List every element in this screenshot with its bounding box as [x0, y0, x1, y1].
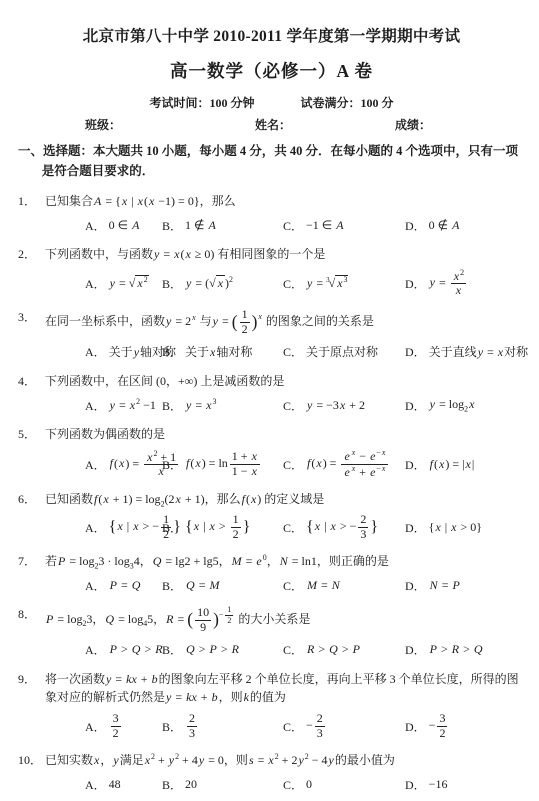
option-A: A．y = x2 −1	[85, 397, 162, 414]
option-D: D．{x | x > 0}	[405, 519, 525, 536]
option-D: D．y = x2x	[405, 269, 525, 299]
question-number: 3．	[18, 308, 45, 337]
option-B: B．f(x) = ln1 + x1 − x	[162, 450, 283, 479]
question-options: A．{x | x > −12}B．{x | x > 12}C．{x | x > …	[85, 513, 525, 542]
option-content: 0 ∉ A	[429, 218, 461, 233]
option-content: {x | x > −23}	[306, 513, 378, 542]
option-label: B．	[162, 397, 182, 414]
question-options: A．32B．23C．−23D．−32	[85, 712, 525, 741]
question-number: 6．	[18, 490, 45, 509]
option-label: B．	[162, 456, 182, 473]
option-content: 0 ∈ A	[109, 218, 141, 233]
option-D: D．P > R > Q	[405, 641, 525, 658]
option-B: B．20	[162, 776, 283, 793]
option-content: 关于x轴对称	[185, 343, 252, 360]
question: 5． 下列函数为偶函数的是 A．f(x) = x2 + 1xB．f(x) = l…	[18, 425, 525, 479]
option-C: C．0	[283, 776, 405, 793]
option-label: A．	[85, 275, 106, 292]
option-B: B．Q = M	[162, 577, 283, 594]
option-C: C．y = 3√x3	[283, 275, 405, 292]
option-content: f(x) = |x|	[429, 457, 475, 472]
option-content: f(x) = ln1 + x1 − x	[185, 450, 262, 479]
option-label: A．	[85, 519, 106, 536]
option-label: C．	[283, 718, 303, 735]
question-number: 1．	[18, 192, 45, 211]
question-stem: 已知集合A = {x | x(x −1) = 0}，那么	[45, 192, 525, 211]
option-content: y = −3x + 2	[306, 398, 365, 413]
option-label: C．	[283, 456, 303, 473]
option-label: D．	[405, 456, 426, 473]
option-content: −23	[306, 712, 327, 741]
option-label: B．	[162, 343, 182, 360]
question: 6． 已知函数f(x + 1) = log2(2x + 1)，那么f(x) 的定…	[18, 490, 525, 542]
option-label: A．	[85, 577, 106, 594]
option-C: C．−1 ∈ A	[283, 217, 405, 234]
option-content: R > Q > P	[306, 642, 361, 657]
option-label: D．	[405, 577, 426, 594]
question-options: A．关于y轴对称B．关于x轴对称C．关于原点对称D．关于直线y = x对称	[85, 342, 525, 362]
option-content: M = N	[306, 578, 341, 593]
option-content: f(x) = ex − e−xex + e−x	[306, 449, 390, 480]
option-label: B．	[162, 718, 182, 735]
option-label: C．	[283, 343, 303, 360]
option-content: −16	[429, 777, 448, 792]
option-B: B．y = (√x)2	[162, 275, 283, 292]
option-A: A．P = Q	[85, 577, 162, 594]
option-label: A．	[85, 217, 106, 234]
option-content: 48	[109, 777, 121, 792]
option-D: D．y = log2x	[405, 397, 525, 414]
option-content: N = P	[429, 578, 461, 593]
option-C: C．y = −3x + 2	[283, 397, 405, 414]
question-number: 5．	[18, 425, 45, 444]
question: 1． 已知集合A = {x | x(x −1) = 0}，那么 A．0 ∈ AB…	[18, 192, 525, 236]
question: 10． 已知实数x，y满足x2 + y2 + 4y = 0，则s = x2 + …	[18, 751, 525, 795]
question: 3． 在同一坐标系中，函数y = 2x 与y = (12)x 的图象之间的关系是…	[18, 308, 525, 362]
question-number: 4．	[18, 372, 45, 391]
question: 8． P = log23，Q = log45，R = (109)−12 的大小关…	[18, 605, 525, 659]
option-label: C．	[283, 519, 303, 536]
option-content: Q > P > R	[185, 642, 240, 657]
option-label: D．	[405, 397, 426, 414]
option-label: C．	[283, 641, 303, 658]
question-options: A．y = x2 −1B．y = x3C．y = −3x + 2D．y = lo…	[85, 395, 525, 415]
option-content: 关于原点对称	[306, 343, 378, 360]
option-label: D．	[405, 217, 426, 234]
question-options: A．f(x) = x2 + 1xB．f(x) = ln1 + x1 − xC．f…	[85, 449, 525, 480]
question-stem: 下列函数中，在区间 (0，+∞) 上是减函数的是	[45, 372, 525, 391]
option-content: y = log2x	[429, 397, 476, 413]
option-content: y = (√x)2	[185, 276, 233, 291]
option-B: B．1 ∉ A	[162, 217, 283, 234]
option-D: D．N = P	[405, 577, 525, 594]
question-number: 2．	[18, 245, 45, 264]
questions-list: 1． 已知集合A = {x | x(x −1) = 0}，那么 A．0 ∈ AB…	[18, 192, 525, 795]
option-label: B．	[162, 519, 182, 536]
question: 9． 将一次函数y = kx + b的图象向左平移 2 个单位长度，再向上平移 …	[18, 670, 525, 741]
question-stem: 下列函数为偶函数的是	[45, 425, 525, 444]
option-label: B．	[162, 577, 182, 594]
option-A: A．关于y轴对称	[85, 343, 162, 360]
exam-full-score-label: 试卷满分：100 分	[301, 94, 394, 111]
option-C: C．R > Q > P	[283, 641, 405, 658]
option-label: D．	[405, 275, 426, 292]
option-A: A．{x | x > −12}	[85, 513, 162, 542]
option-B: B．y = x3	[162, 397, 283, 414]
option-A: A．32	[85, 712, 162, 741]
class-field-label: 班级：	[85, 116, 121, 133]
option-label: D．	[405, 519, 426, 536]
student-fields-line: 班级： 姓名： 成绩：	[18, 116, 525, 133]
option-D: D．−16	[405, 776, 525, 793]
section-one-heading: 一、选择题：本大题共 10 小题，每小题 4 分，共 40 分．在每小题的 4 …	[18, 141, 525, 182]
exam-paper-page: 北京市第八十中学 2010-2011 学年度第一学期期中考试 高一数学（必修一）…	[0, 0, 539, 801]
question: 2． 下列函数中，与函数y = x(x ≥ 0) 有相同图象的一个是 A．y =…	[18, 245, 525, 298]
question-number: 7．	[18, 552, 45, 571]
option-content: 关于直线y = x对称	[429, 343, 528, 360]
option-label: B．	[162, 217, 182, 234]
question-number: 9．	[18, 670, 45, 707]
question-stem: 将一次函数y = kx + b的图象向左平移 2 个单位长度，再向上平移 3 个…	[45, 670, 525, 707]
option-content: −32	[429, 712, 450, 741]
option-label: B．	[162, 776, 182, 793]
option-content: 32	[109, 712, 123, 741]
option-D: D．关于直线y = x对称	[405, 343, 528, 360]
option-C: C．关于原点对称	[283, 343, 405, 360]
option-content: {x | x > 12}	[185, 513, 250, 542]
option-content: 0	[306, 777, 312, 792]
option-content: y = √x2	[109, 276, 149, 291]
option-A: A．P > Q > R	[85, 641, 162, 658]
question-options: A．48B．20C．0D．−16	[85, 774, 525, 794]
option-label: D．	[405, 718, 426, 735]
option-B: B．Q > P > R	[162, 641, 283, 658]
option-label: A．	[85, 776, 106, 793]
option-C: C．−23	[283, 712, 405, 741]
question-stem: 在同一坐标系中，函数y = 2x 与y = (12)x 的图象之间的关系是	[45, 308, 525, 337]
option-label: C．	[283, 275, 303, 292]
question: 4． 下列函数中，在区间 (0，+∞) 上是减函数的是 A．y = x2 −1B…	[18, 372, 525, 416]
question-stem: 下列函数中，与函数y = x(x ≥ 0) 有相同图象的一个是	[45, 245, 525, 264]
option-content: −1 ∈ A	[306, 218, 345, 233]
question: 7． 若P = log23 · log34，Q = lg2 + lg5，M = …	[18, 552, 525, 596]
option-C: C．M = N	[283, 577, 405, 594]
option-A: A．y = √x2	[85, 275, 162, 292]
option-D: D．0 ∉ A	[405, 217, 525, 234]
option-content: Q = M	[185, 578, 220, 593]
question-number: 8．	[18, 605, 45, 634]
option-content: {x | x > 0}	[429, 520, 482, 535]
option-A: A．48	[85, 776, 162, 793]
question-stem: 已知函数f(x + 1) = log2(2x + 1)，那么f(x) 的定义域是	[45, 490, 525, 509]
option-label: C．	[283, 577, 303, 594]
option-A: A．0 ∈ A	[85, 217, 162, 234]
option-A: A．f(x) = x2 + 1x	[85, 450, 162, 480]
option-content: 20	[185, 777, 197, 792]
option-content: y = 3√x3	[306, 276, 348, 291]
option-label: A．	[85, 718, 106, 735]
option-C: C．f(x) = ex − e−xex + e−x	[283, 449, 405, 480]
option-content: 23	[185, 712, 199, 741]
exam-subtitle: 高一数学（必修一）A 卷	[18, 58, 525, 83]
question-stem: P = log23，Q = log45，R = (109)−12 的大小关系是	[45, 605, 525, 634]
exam-info-line: 考试时间：100 分钟 试卷满分：100 分	[18, 94, 525, 111]
score-field-label: 成绩：	[395, 116, 431, 133]
option-label: C．	[283, 397, 303, 414]
option-content: y = x2 −1	[109, 398, 156, 413]
option-C: C．{x | x > −23}	[283, 513, 405, 542]
option-label: D．	[405, 343, 426, 360]
option-D: D．f(x) = |x|	[405, 456, 525, 473]
option-B: B．23	[162, 712, 283, 741]
question-options: A．0 ∈ AB．1 ∉ AC．−1 ∈ AD．0 ∉ A	[85, 215, 525, 235]
question-stem: 已知实数x，y满足x2 + y2 + 4y = 0，则s = x2 + 2y2 …	[45, 751, 525, 770]
option-content: P > R > Q	[429, 642, 484, 657]
question-options: A．P > Q > RB．Q > P > RC．R > Q > PD．P > R…	[85, 640, 525, 660]
option-content: 1 ∉ A	[185, 218, 217, 233]
option-label: A．	[85, 343, 106, 360]
option-B: B．{x | x > 12}	[162, 513, 283, 542]
option-content: y = x3	[185, 398, 216, 413]
option-label: B．	[162, 275, 182, 292]
question-number: 10．	[18, 751, 45, 770]
option-label: D．	[405, 776, 426, 793]
option-label: A．	[85, 397, 106, 414]
question-options: A．y = √x2B．y = (√x)2C．y = 3√x3D．y = x2x	[85, 269, 525, 299]
option-label: A．	[85, 456, 106, 473]
option-label: B．	[162, 641, 182, 658]
option-D: D．−32	[405, 712, 525, 741]
option-content: P > Q > R	[109, 642, 164, 657]
question-options: A．P = QB．Q = MC．M = ND．N = P	[85, 575, 525, 595]
option-label: D．	[405, 641, 426, 658]
name-field-label: 姓名：	[255, 116, 291, 133]
question-stem: 若P = log23 · log34，Q = lg2 + lg5，M = e0，…	[45, 552, 525, 571]
option-label: C．	[283, 217, 303, 234]
option-B: B．关于x轴对称	[162, 343, 283, 360]
exam-duration-label: 考试时间：100 分钟	[149, 94, 254, 111]
option-label: C．	[283, 776, 303, 793]
option-label: A．	[85, 641, 106, 658]
option-content: y = x2x	[429, 269, 468, 299]
exam-title: 北京市第八十中学 2010-2011 学年度第一学期期中考试	[18, 24, 525, 46]
option-content: P = Q	[109, 578, 142, 593]
